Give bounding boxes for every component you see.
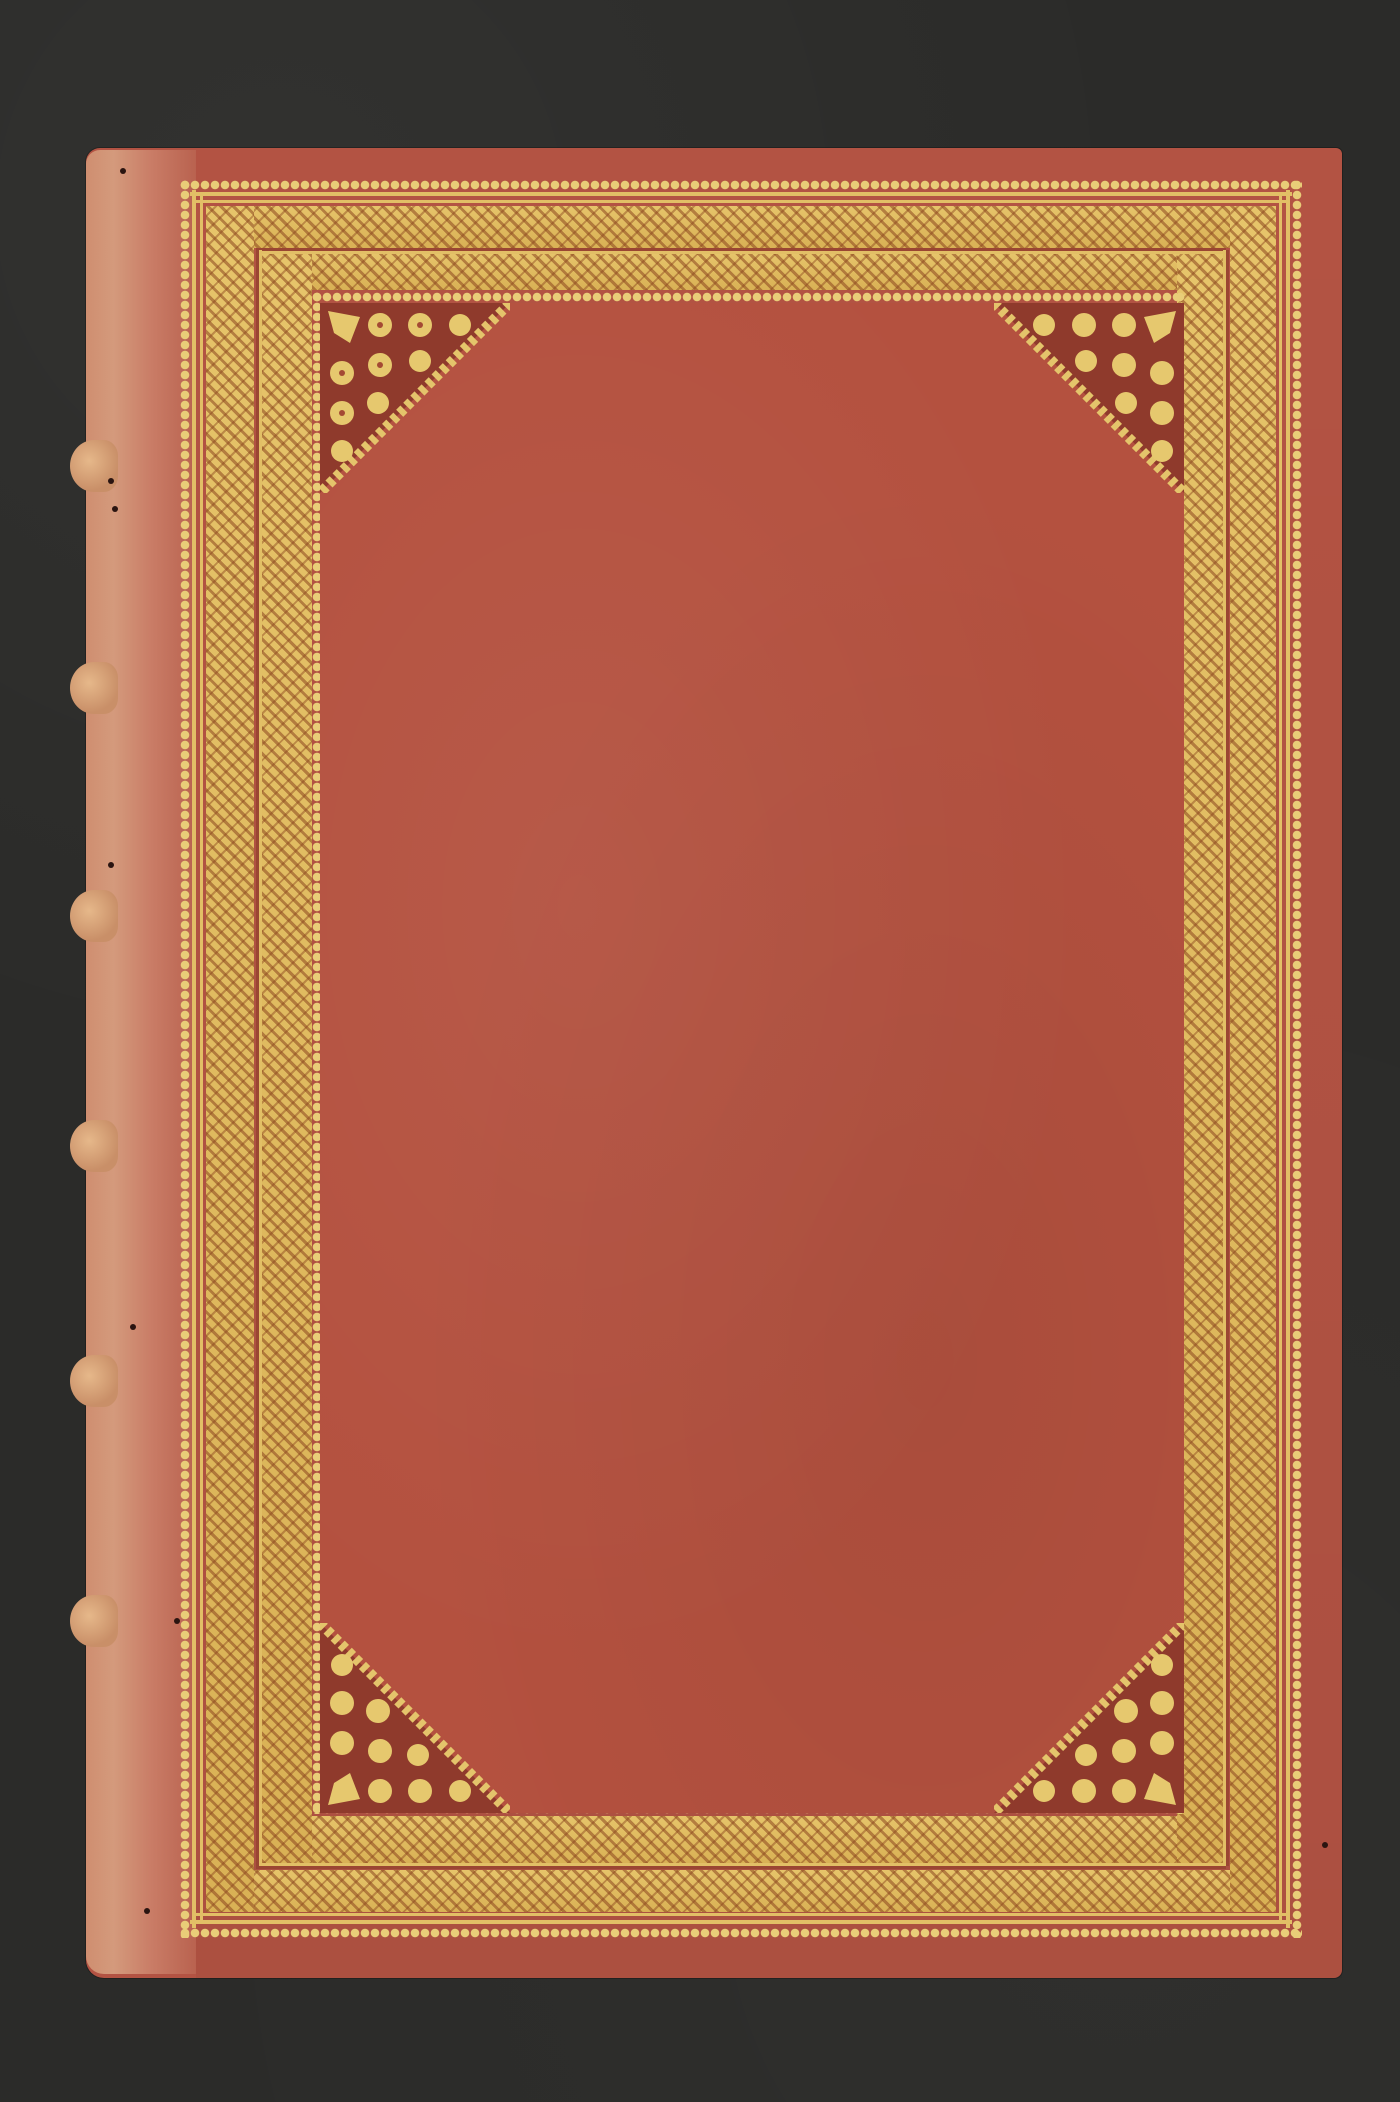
floral-band-inner-bottom bbox=[262, 1816, 1223, 1863]
gilt-rule bbox=[1286, 190, 1290, 1928]
floral-corner-icon bbox=[320, 1623, 510, 1813]
outer-dentelle-right bbox=[1292, 180, 1302, 1938]
corner-fleuron-top-left bbox=[320, 303, 510, 493]
worm-hole bbox=[112, 506, 118, 512]
gilt-rule bbox=[1279, 194, 1282, 1924]
raised-cord bbox=[70, 1120, 118, 1172]
gilt-rule bbox=[194, 200, 1288, 203]
floral-corner-icon bbox=[320, 303, 510, 493]
raised-cord bbox=[70, 890, 118, 942]
corner-fleuron-top-right bbox=[994, 303, 1184, 493]
corner-fleuron-bottom-left bbox=[320, 1623, 510, 1813]
worm-hole bbox=[130, 1324, 136, 1330]
center-leather-panel bbox=[320, 303, 1184, 1813]
outer-dentelle-left bbox=[180, 180, 190, 1938]
floral-band-outer-right bbox=[1230, 206, 1276, 1912]
inner-dentelle-top bbox=[312, 292, 1177, 302]
floral-band-outer-top bbox=[206, 206, 1276, 248]
worm-hole bbox=[108, 478, 114, 484]
gilt-rule bbox=[190, 192, 1292, 196]
worm-hole bbox=[120, 168, 126, 174]
floral-corner-icon bbox=[994, 1623, 1184, 1813]
divider-line bbox=[256, 1866, 1226, 1869]
divider-line bbox=[1226, 250, 1229, 1866]
gilt-rule bbox=[194, 1913, 1288, 1916]
raised-cord bbox=[70, 440, 118, 492]
gilt-rule bbox=[190, 1920, 1292, 1924]
worm-hole bbox=[1322, 1842, 1328, 1848]
raised-cord bbox=[70, 1595, 118, 1647]
worm-hole bbox=[108, 862, 114, 868]
divider-line bbox=[256, 1863, 1226, 1866]
floral-band-inner-top bbox=[262, 254, 1223, 290]
floral-band-inner-left bbox=[262, 254, 312, 1863]
outer-dentelle-top bbox=[180, 180, 1302, 190]
floral-corner-icon bbox=[994, 303, 1184, 493]
worm-hole bbox=[144, 1908, 150, 1914]
raised-cord bbox=[70, 1355, 118, 1407]
divider-line bbox=[1223, 250, 1226, 1866]
gilt-rule bbox=[192, 190, 196, 1928]
raised-cord bbox=[70, 662, 118, 714]
floral-band-outer-left bbox=[206, 206, 254, 1912]
corner-fleuron-bottom-right bbox=[994, 1623, 1184, 1813]
gilt-rule bbox=[200, 194, 203, 1924]
floral-band-outer-bottom bbox=[206, 1870, 1276, 1912]
outer-dentelle-bottom bbox=[180, 1928, 1302, 1938]
